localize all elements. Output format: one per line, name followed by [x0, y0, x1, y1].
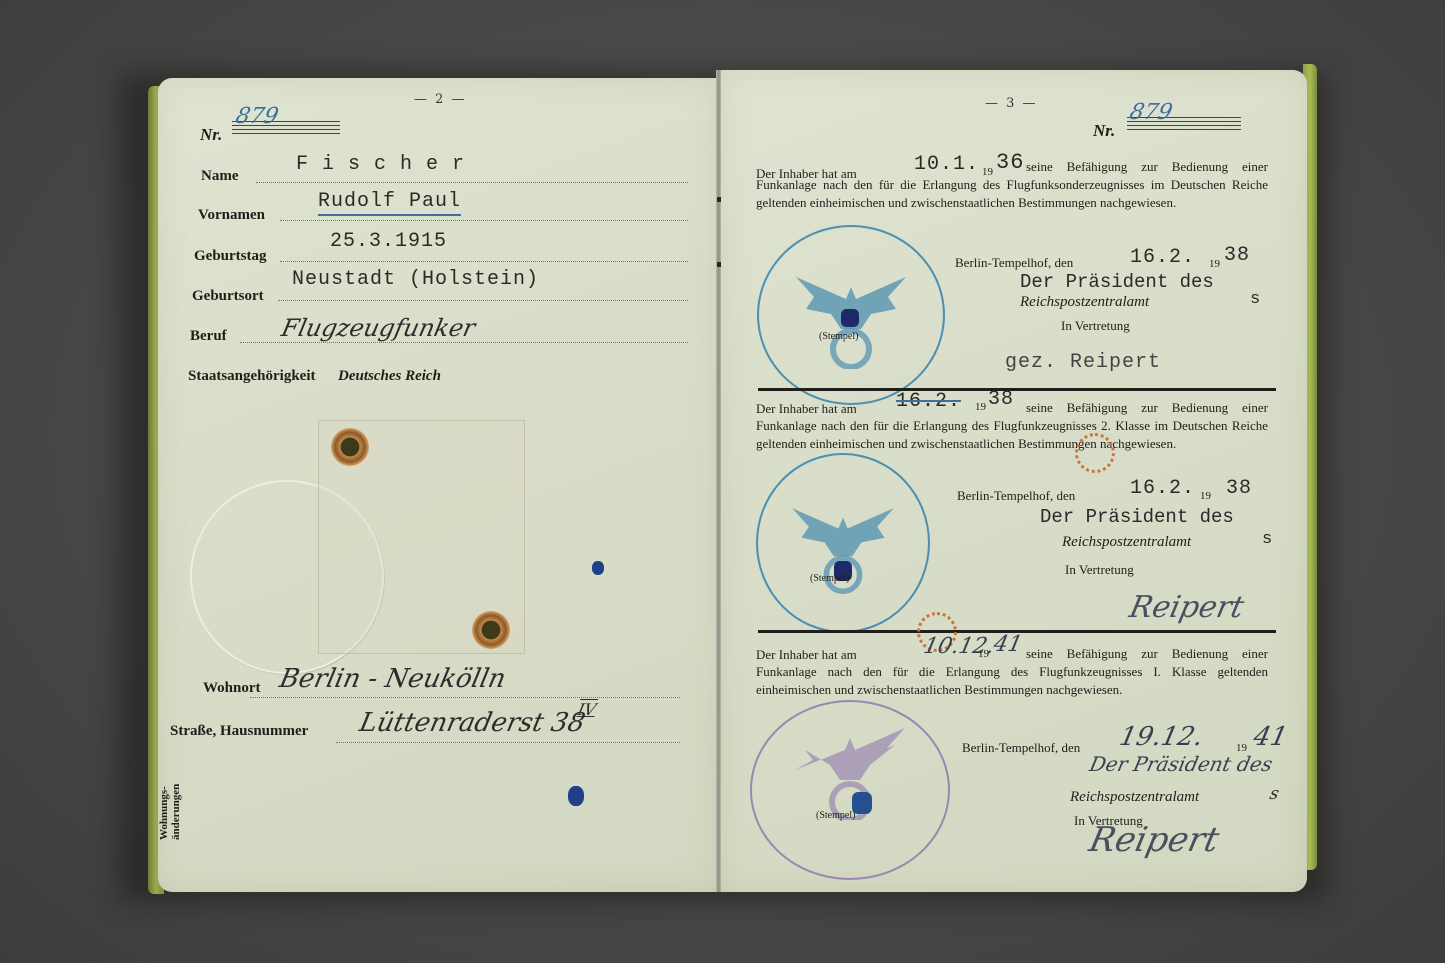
field-label-staatsangehoerigkeit: Staatsangehörigkeit [188, 368, 316, 385]
left-nr-label: Nr. [200, 125, 222, 145]
field-value-vornamen: Rudolf Paul [318, 190, 461, 216]
right-nr-value: 879 [1127, 100, 1174, 125]
field-value-name: F i s c h e r [296, 153, 465, 176]
stamp-3-label: (Stempel) [816, 810, 855, 821]
field-dots-vornamen [280, 220, 688, 221]
right-nr-label: Nr. [1093, 121, 1115, 141]
field-dots-name [256, 182, 688, 183]
official-stamp-1: (Stempel) [757, 225, 945, 405]
entry1-issue-year: 38 [1224, 244, 1250, 267]
entry1-issue-date: 16.2. [1130, 246, 1195, 269]
left-nr-value: 879 [233, 104, 280, 129]
ink-blot [592, 561, 604, 575]
entry2-issue-date: 16.2. [1130, 477, 1195, 500]
field-dots-geburtstag [280, 261, 688, 262]
field-label-vornamen: Vornamen [198, 207, 265, 224]
field-dots-strasse [336, 742, 680, 743]
entry2-office-suffix: s [1262, 530, 1273, 549]
right-page-number: — 3 — [985, 96, 1038, 111]
photo-grommet-top [331, 428, 369, 466]
field-value-geburtsort: Neustadt (Holstein) [292, 268, 539, 291]
entry3-president: Der Präsident des [1087, 752, 1274, 776]
field-label-geburtstag: Geburtstag [194, 248, 267, 265]
entry3-signature: Reipert [1086, 820, 1223, 860]
entry2-issue-year: 38 [1226, 477, 1252, 500]
entry3-issue-year: 41 [1251, 722, 1290, 752]
entry1-issue-century: 19 [1209, 258, 1220, 270]
entry1-place: Berlin-Tempelhof, den [955, 255, 1073, 271]
entry2-signature: Reipert [1126, 590, 1247, 625]
side-label-line2: änderungen [170, 784, 182, 840]
field-dots-beruf [240, 342, 688, 343]
eagle-emblem-icon [785, 720, 915, 820]
entry2-text: seine Befähigung zur Bedienung einer Fun… [756, 399, 1268, 453]
entry2-vertretung: In Vertretung [1065, 562, 1134, 578]
field-label-geburtsort: Geburtsort [192, 288, 264, 305]
entry3-text: seine Befähigung zur Bedienung einer Fun… [756, 645, 1268, 699]
official-stamp-2: (Stempel) [756, 453, 930, 633]
entry2-issue-century: 19 [1200, 490, 1211, 502]
photo-grommet-bottom [472, 611, 510, 649]
ink-hole [841, 309, 859, 327]
entry3-place: Berlin-Tempelhof, den [962, 740, 1080, 756]
entry1-office: Reichspostzentralamt [1020, 294, 1149, 311]
official-stamp-3: (Stempel) [750, 700, 950, 880]
field-value-beruf: Flugzeugfunker [279, 314, 478, 342]
field-label-name: Name [201, 168, 239, 185]
entry3-issue-date: 19.12. [1117, 722, 1206, 752]
field-dots-wohnort [250, 697, 680, 698]
ink-blot [568, 786, 584, 806]
field-value-strasse: Lüttenraderst 38 [357, 708, 588, 738]
entry1-vertretung: In Vertretung [1061, 318, 1130, 334]
entry2-place: Berlin-Tempelhof, den [957, 488, 1075, 504]
rust-ring [1075, 433, 1115, 473]
entry1-office-suffix: s [1250, 290, 1261, 309]
field-label-strasse: Straße, Hausnummer [170, 723, 308, 740]
entry1-text: seine Befähigung zur Bedienung einer Fun… [756, 158, 1268, 212]
entry1-signature: gez. Reipert [1005, 351, 1161, 374]
field-value-staatsangehoerigkeit: Deutsches Reich [338, 368, 441, 385]
field-label-beruf: Beruf [190, 328, 227, 345]
entry-divider [758, 388, 1276, 391]
entry2-president: Der Präsident des [1040, 506, 1234, 528]
entry3-office: Reichspostzentralamt [1070, 789, 1199, 806]
field-dots-geburtsort [278, 300, 688, 301]
stamp-2-label: (Stempel) [810, 573, 849, 584]
side-label-line1: Wohnungs- [158, 784, 170, 840]
left-page-number: — 2 — [414, 92, 467, 107]
field-value-wohnort: Berlin - Neukölln [277, 664, 509, 694]
stamp-1-label: (Stempel) [819, 331, 858, 342]
field-label-wohnort: Wohnort [203, 680, 261, 697]
entry2-office: Reichspostzentralamt [1062, 534, 1191, 551]
entry1-president: Der Präsident des [1020, 271, 1214, 293]
field-value-geburtstag: 25.3.1915 [330, 230, 447, 253]
side-label-wohnungsaenderungen: Wohnungs- änderungen [158, 784, 182, 840]
